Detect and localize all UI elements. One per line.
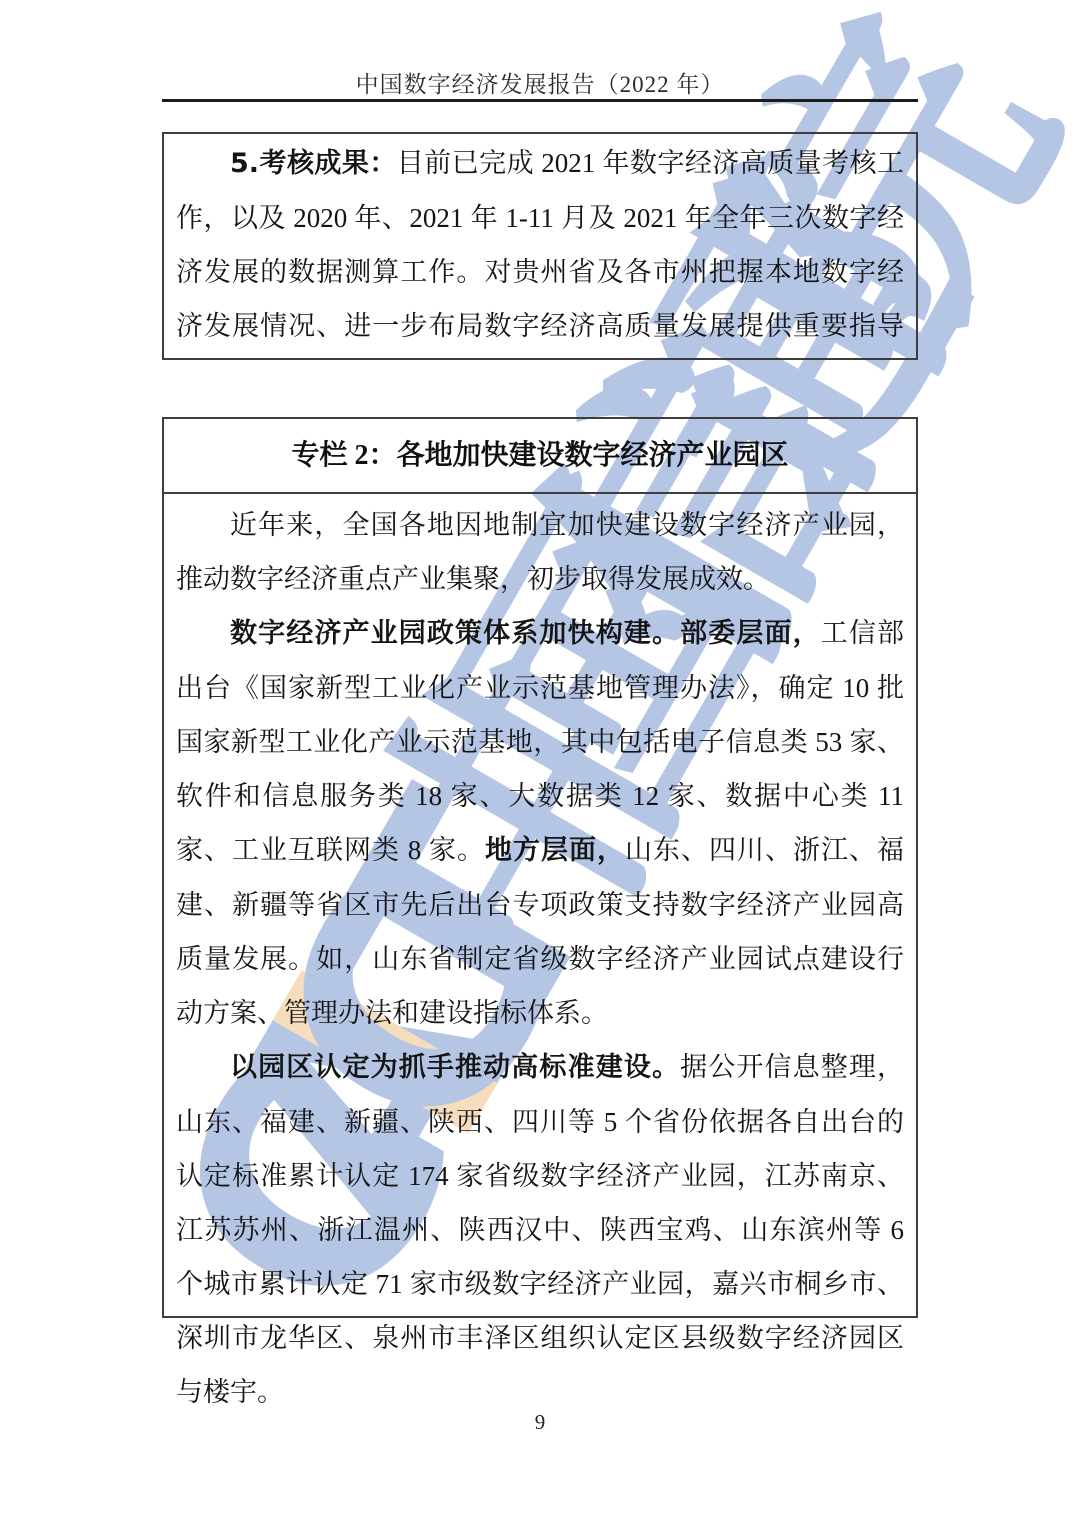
paragraph3-text: 据公开信息整理，山东、福建、新疆、陕西、四川等 5 个省份依据各自出台的认定标准… — [176, 1052, 904, 1407]
column2-box: 专栏 2：各地加快建设数字经济产业园区 近年来，全国各地因地制宜加快建设数字经济… — [162, 417, 918, 1318]
column2-body: 近年来，全国各地因地制宜加快建设数字经济产业园，推动数字经济重点产业集聚，初步取… — [164, 494, 916, 1423]
paragraph1-text: 近年来，全国各地因地制宜加快建设数字经济产业园，推动数字经济重点产业集聚，初步取… — [176, 510, 904, 594]
assessment-lead-label: 5.考核成果： — [230, 148, 397, 179]
report-header-title: 中国数字经济发展报告（2022 年） — [0, 66, 1080, 99]
page-number: 9 — [0, 1410, 1080, 1435]
column2-paragraph-1: 近年来，全国各地因地制宜加快建设数字经济产业园，推动数字经济重点产业集聚，初步取… — [176, 498, 904, 606]
column2-title: 专栏 2：各地加快建设数字经济产业园区 — [164, 419, 916, 494]
document-page: CAICT中国信通院 中国数字经济发展报告（2022 年） 5.考核成果：目前已… — [0, 0, 1080, 1527]
assessment-body-text: 目前已完成 2021 年数字经济高质量考核工作，以及 2020 年、2021 年… — [176, 148, 904, 360]
assessment-results-box: 5.考核成果：目前已完成 2021 年数字经济高质量考核工作，以及 2020 年… — [162, 132, 918, 360]
paragraph2-text-1: 工信部出台《国家新型工业化产业示范基地管理办法》，确定 10 批国家新型工业化产… — [176, 618, 904, 865]
assessment-paragraph: 5.考核成果：目前已完成 2021 年数字经济高质量考核工作，以及 2020 年… — [176, 136, 904, 360]
paragraph3-bold-lead: 以园区认定为抓手推动高标准建设。 — [230, 1052, 680, 1083]
header-rule — [162, 99, 918, 102]
column2-paragraph-2: 数字经济产业园政策体系加快构建。部委层面，工信部出台《国家新型工业化产业示范基地… — [176, 606, 904, 1040]
column2-paragraph-3: 以园区认定为抓手推动高标准建设。据公开信息整理，山东、福建、新疆、陕西、四川等 … — [176, 1040, 904, 1419]
paragraph2-bold-local: 地方层面， — [485, 835, 625, 866]
paragraph2-bold-lead: 数字经济产业园政策体系加快构建。部委层面， — [230, 618, 821, 649]
